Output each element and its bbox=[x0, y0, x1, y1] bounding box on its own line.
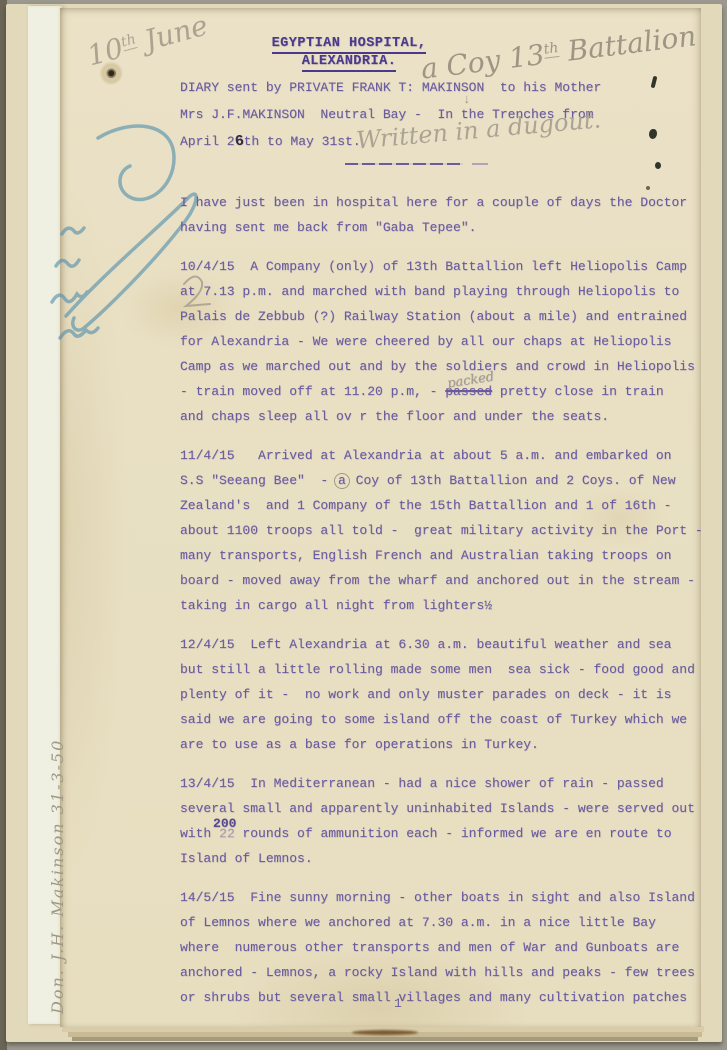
typed-line: DIARY sent by PRIVATE FRANK T: MAKINSON … bbox=[180, 74, 601, 101]
typed-line: where numerous other transports and men … bbox=[180, 935, 725, 960]
entry-13-4-15: 13/4/15 In Mediterranean - had a nice sh… bbox=[180, 771, 725, 871]
ink-speck bbox=[646, 186, 650, 190]
typed-line: several small and apparently uninhabited… bbox=[180, 796, 725, 821]
typed-line: at 7.13 p.m. and marched with band playi… bbox=[180, 279, 725, 304]
typed-line: plenty of it - no work and only muster p… bbox=[180, 682, 725, 707]
typed-line: 14/5/15 Fine sunny morning - other boats… bbox=[180, 885, 725, 910]
title-line-2: ALEXANDRIA. bbox=[254, 54, 444, 72]
typed-line: Palais de Zebbub (?) Railway Station (ab… bbox=[180, 304, 725, 329]
typed-line: of Lemnos where we anchored at 7.30 a.m.… bbox=[180, 910, 725, 935]
typed-line: for Alexandria - We were cheered by all … bbox=[180, 329, 725, 354]
typed-line: many transports, English French and Aust… bbox=[180, 543, 725, 568]
typed-line: board - moved away from the wharf and an… bbox=[180, 568, 725, 593]
typed-line: 11/4/15 Arrived at Alexandria at about 5… bbox=[180, 443, 725, 468]
typed-line: are to use as a base for operations in T… bbox=[180, 732, 725, 757]
entry-14-5-15: 14/5/15 Fine sunny morning - other boats… bbox=[180, 885, 725, 1010]
paper-stain bbox=[352, 1030, 418, 1035]
typed-line: and chaps sleep all ov r the floor and u… bbox=[180, 404, 725, 429]
typed-line: with 20022 rounds of ammunition each - i… bbox=[180, 821, 725, 846]
title-line-1: EGYPTIAN HOSPITAL, bbox=[254, 36, 444, 54]
typed-line: having sent me back from "Gaba Tepee". bbox=[180, 215, 725, 240]
insert-caret-mark: ↓ bbox=[463, 92, 471, 107]
page-number: 1 bbox=[394, 996, 402, 1011]
typed-line: 10/4/15 A Company (only) of 13th Battall… bbox=[180, 254, 725, 279]
typed-line: said we are going to some island off the… bbox=[180, 707, 725, 732]
typed-line: S.S "Seeang Bee" - a Coy of 13th Battall… bbox=[180, 468, 725, 493]
typed-line: but still a little rolling made some men… bbox=[180, 657, 725, 682]
diary-body: I have just been in hospital here for a … bbox=[180, 190, 725, 1010]
scanned-diary-page: 10th June a Coy 13th Battalion EGYPTIAN … bbox=[0, 0, 727, 1050]
typed-line: about 1100 troops all told - great milit… bbox=[180, 518, 725, 543]
page-stack-edge bbox=[72, 1037, 698, 1041]
paragraph-hospital: I have just been in hospital here for a … bbox=[180, 190, 725, 240]
typed-line: taking in cargo all night from lighters½ bbox=[180, 593, 725, 618]
typed-correction-200: 200 bbox=[213, 811, 236, 836]
annotation-owner-vertical: Don. J.H. Makinson 31-3-50 bbox=[48, 604, 67, 1014]
divider-rule bbox=[345, 163, 463, 165]
typed-line: or shrubs but several small villages and… bbox=[180, 985, 725, 1010]
entry-12-4-15: 12/4/15 Left Alexandria at 6.30 a.m. bea… bbox=[180, 632, 725, 757]
ink-speck bbox=[655, 162, 661, 169]
divider-rule-fragment bbox=[472, 163, 488, 165]
typed-line: 12/4/15 Left Alexandria at 6.30 a.m. bea… bbox=[180, 632, 725, 657]
handwritten-six-overstrike: 6 bbox=[233, 128, 245, 156]
entry-10-4-15: 10/4/15 A Company (only) of 13th Battall… bbox=[180, 254, 725, 429]
typed-line: Island of Lemnos. bbox=[180, 846, 725, 871]
entry-11-4-15: 11/4/15 Arrived at Alexandria at about 5… bbox=[180, 443, 725, 618]
document-title: EGYPTIAN HOSPITAL, ALEXANDRIA. bbox=[254, 36, 444, 72]
typed-line: anchored - Lemnos, a rocky Island with h… bbox=[180, 960, 725, 985]
typed-line: - train moved off at 11.20 p.m, - packed… bbox=[180, 379, 725, 404]
typed-line: I have just been in hospital here for a … bbox=[180, 190, 725, 215]
typed-line: Zealand's and 1 Company of the 15th Batt… bbox=[180, 493, 725, 518]
typed-line: 13/4/15 In Mediterranean - had a nice sh… bbox=[180, 771, 725, 796]
